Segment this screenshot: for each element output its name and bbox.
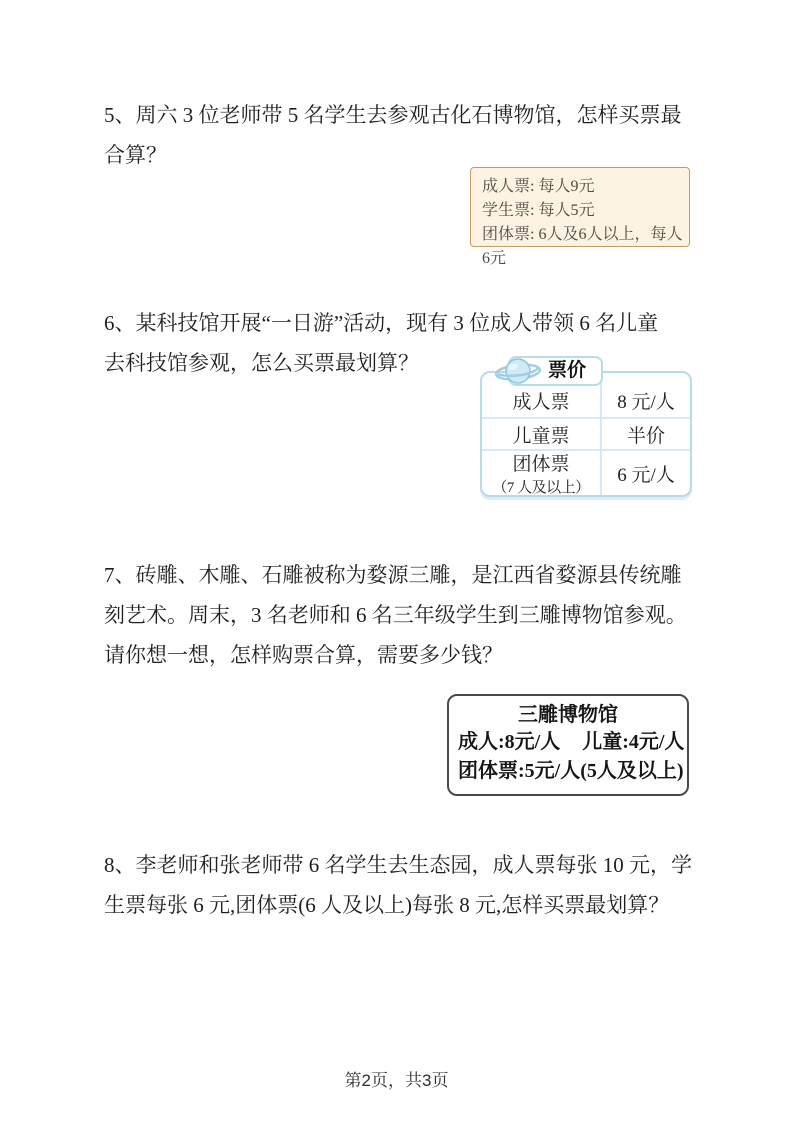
- question-5-price-box: 成人票: 每人9元 学生票: 每人5元 团体票: 6人及6人以上，每人6元: [470, 167, 690, 247]
- question-8-line-2: 生票每张 6 元,团体票(6 人及以上)每张 8 元,怎样买票最划算？: [104, 885, 700, 925]
- row-group-sublabel: （7 人及以上）: [482, 476, 600, 497]
- question-6-price-table: 票价 成人票 8 元/人 儿童票 半价 团体票 （7 人及以上） 6 元/人: [480, 356, 692, 497]
- price-table-header: 票价: [508, 356, 603, 386]
- row-child-label: 儿童票: [482, 421, 600, 448]
- price-table-body: 成人票 8 元/人 儿童票 半价 团体票 （7 人及以上） 6 元/人: [480, 371, 692, 497]
- table-row: 团体票 （7 人及以上） 6 元/人: [482, 449, 690, 495]
- question-5-text: 5、周六 3 位老师带 5 名学生去参观古化石博物馆，怎样买票最 合算？: [104, 95, 700, 175]
- price-box-group-line: 团体票: 6人及6人以上，每人6元: [482, 223, 689, 271]
- price-box-student-line: 学生票: 每人5元: [482, 199, 689, 223]
- museum-adult-price: 成人:8元/人: [458, 728, 560, 757]
- question-5-line-1: 5、周六 3 位老师带 5 名学生去参观古化石博物馆，怎样买票最: [104, 95, 700, 135]
- price-table-title: 票价: [548, 360, 586, 381]
- question-7-museum-box: 三雕博物馆 成人:8元/人 儿童:4元/人 团体票:5元/人(5人及以上): [447, 694, 689, 796]
- question-7-line-1: 7、砖雕、木雕、石雕被称为婺源三雕，是江西省婺源县传统雕: [104, 555, 700, 595]
- question-7-text: 7、砖雕、木雕、石雕被称为婺源三雕，是江西省婺源县传统雕 刻艺术。周末，3 名老…: [104, 555, 700, 675]
- worksheet-page: 5、周六 3 位老师带 5 名学生去参观古化石博物馆，怎样买票最 合算？ 成人票…: [0, 0, 793, 1122]
- question-8-text: 8、李老师和张老师带 6 名学生去生态园，成人票每张 10 元，学 生票每张 6…: [104, 845, 700, 925]
- museum-box-prices-line: 成人:8元/人 儿童:4元/人: [458, 728, 678, 757]
- table-row: 儿童票 半价: [482, 417, 690, 449]
- museum-box-title: 三雕博物馆: [458, 702, 678, 728]
- row-adult-label: 成人票: [482, 387, 600, 414]
- price-box-adult-line: 成人票: 每人9元: [482, 175, 689, 199]
- question-8-line-1: 8、李老师和张老师带 6 名学生去生态园，成人票每张 10 元，学: [104, 845, 700, 885]
- page-number-footer: 第2页，共3页: [0, 1066, 793, 1091]
- question-7-line-2: 刻艺术。周末，3 名老师和 6 名三年级学生到三雕博物馆参观。: [104, 595, 700, 635]
- row-group-value: 6 元/人: [600, 451, 690, 495]
- question-7-line-3: 请你想一想，怎样购票合算，需要多少钱？: [104, 635, 700, 675]
- row-child-value: 半价: [600, 419, 690, 449]
- question-6-line-1: 6、某科技馆开展“一日游”活动，现有 3 位成人带领 6 名儿童: [104, 303, 700, 343]
- museum-child-price: 儿童:4元/人: [582, 728, 684, 757]
- row-group-label: 团体票 （7 人及以上）: [482, 449, 600, 497]
- planet-icon: [494, 355, 542, 389]
- museum-group-price: 团体票:5元/人(5人及以上): [458, 757, 678, 786]
- row-adult-value: 8 元/人: [600, 383, 690, 417]
